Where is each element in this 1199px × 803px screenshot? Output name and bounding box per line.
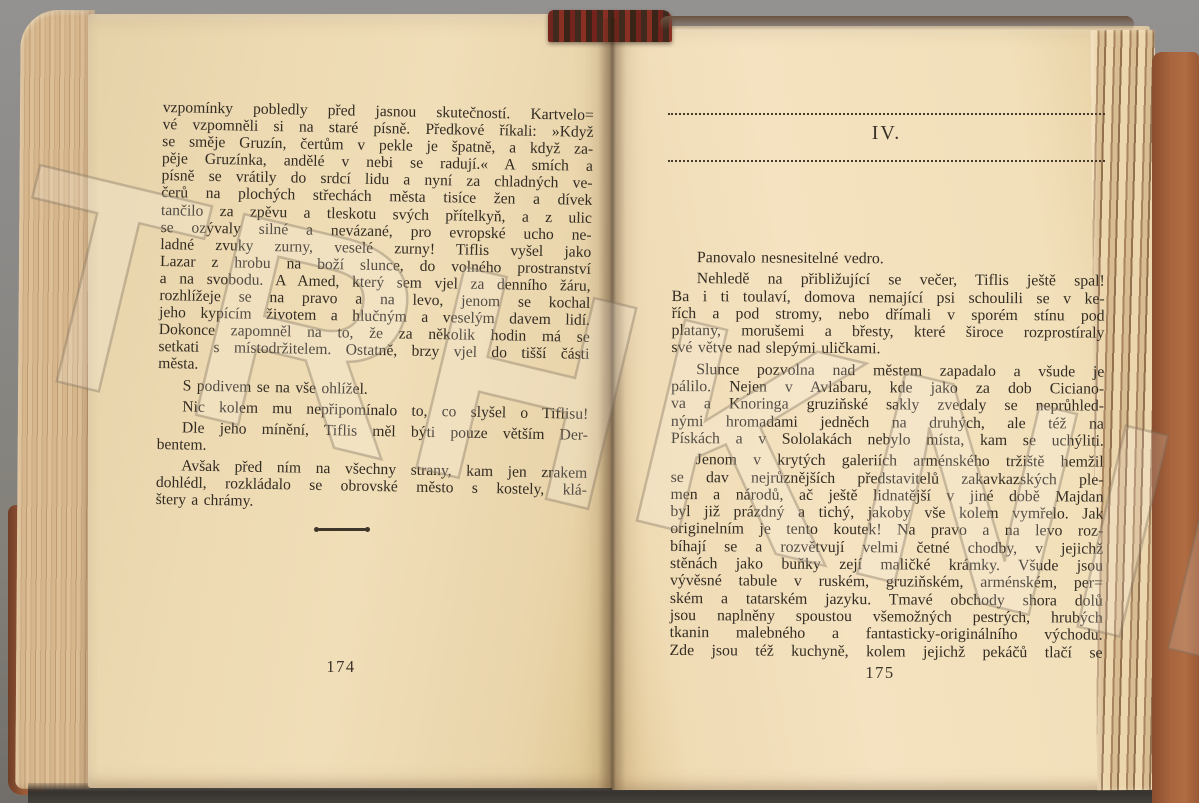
text-line: vývěsné tabule v ruském, gruziňském, arm… [670, 572, 1103, 592]
page-edges-left [15, 10, 94, 789]
text-line: Panovalo nesnesitelné vedro. [672, 249, 1105, 269]
text-line: S podivem se na vše ohlížel. [158, 376, 589, 401]
text-line: Pískách a v Sololakách nebylo místa, kam… [671, 430, 1104, 450]
page-top-shadow [660, 16, 1134, 32]
book-cover-right [1152, 52, 1199, 803]
chapter-heading: IV. [668, 122, 1105, 145]
chapter-dotted-rule-top [668, 113, 1105, 115]
left-page-number: 174 [126, 657, 556, 677]
left-page-text-block: vzpomínky pobledly před jasnou skutečnos… [156, 99, 594, 516]
section-divider-ornament [318, 528, 366, 531]
text-line: Zde jsou též kuchyně, kolem jejichž peká… [669, 642, 1102, 662]
text-line: Nic kolem mu nepřipomínalo to, co slyšel… [157, 398, 588, 423]
right-page-text-block: Panovalo nesnesitelné vedro.Nehledě na p… [669, 249, 1104, 661]
text-line: své větve nad slepými uličkami. [671, 339, 1104, 359]
book-gutter [598, 18, 626, 790]
right-page-number: 175 [650, 663, 1110, 683]
text-line: va a Knoringa gruziňské sakly zvedaly se… [671, 395, 1104, 415]
chapter-dotted-rule-bottom [668, 160, 1105, 162]
text-line: Jenom v krytých galeriích arménského trž… [671, 451, 1104, 471]
text-line: Nehledě na přibližující se večer, Tiflis… [672, 270, 1105, 290]
text-line: tkanin malebného a fantasticky-origináln… [670, 624, 1103, 644]
